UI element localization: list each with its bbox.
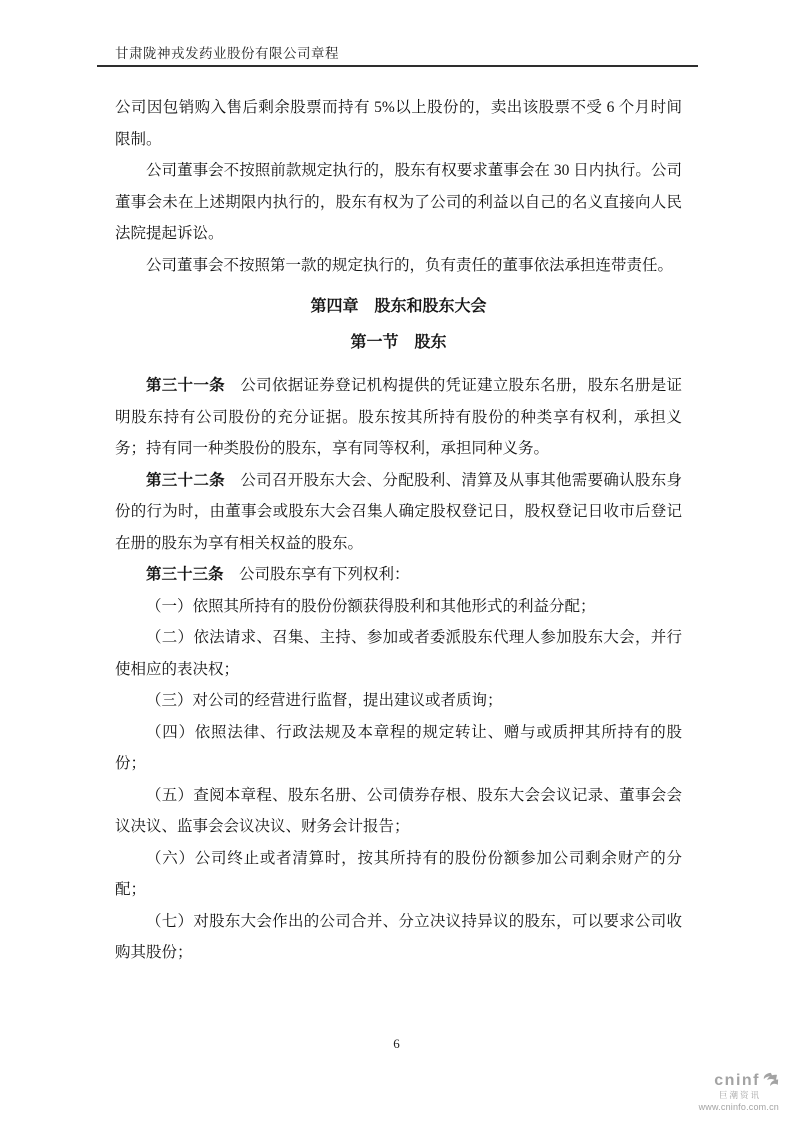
cninfo-brand-cn: 巨潮资讯 bbox=[719, 1091, 761, 1100]
page-number: 6 bbox=[0, 1036, 793, 1052]
list-item: （二）依法请求、召集、主持、参加或者委派股东代理人参加股东大会，并行使相应的表决… bbox=[115, 622, 682, 685]
article-number: 第三十三条 bbox=[146, 566, 224, 583]
document-header-title: 甘肃陇神戎发药业股份有限公司章程 bbox=[115, 42, 339, 62]
paragraph: 公司董事会不按照第一款的规定执行的，负有责任的董事依法承担连带责任。 bbox=[115, 250, 682, 282]
paragraph: 公司董事会不按照前款规定执行的，股东有权要求董事会在 30 日内执行。公司董事会… bbox=[115, 155, 682, 250]
list-item: （三）对公司的经营进行监督，提出建议或者质询； bbox=[115, 685, 682, 717]
cninfo-url: www.cninfo.com.cn bbox=[699, 1103, 779, 1112]
list-item: （七）对股东大会作出的公司合并、分立决议持异议的股东，可以要求公司收购其股份； bbox=[115, 906, 682, 969]
section-heading: 第一节 股东 bbox=[115, 327, 682, 359]
header-rule bbox=[97, 65, 698, 67]
article-text: 公司股东享有下列权利： bbox=[239, 566, 410, 583]
list-item: （六）公司终止或者清算时，按其所持有的股份份额参加公司剩余财产的分配； bbox=[115, 843, 682, 906]
cninfo-watermark: cninf 巨潮资讯 www.cninfo.com.cn bbox=[699, 1072, 779, 1112]
article-paragraph: 第三十一条公司依据证券登记机构提供的凭证建立股东名册，股东名册是证明股东持有公司… bbox=[115, 370, 682, 465]
article-paragraph: 第三十三条公司股东享有下列权利： bbox=[115, 559, 682, 591]
list-item: （五）查阅本章程、股东名册、公司债券存根、股东大会会议记录、董事会会议决议、监事… bbox=[115, 780, 682, 843]
list-item: （四）依照法律、行政法规及本章程的规定转让、赠与或质押其所持有的股份； bbox=[115, 717, 682, 780]
document-page: 甘肃陇神戎发药业股份有限公司章程 公司因包销购入售后剩余股票而持有 5%以上股份… bbox=[0, 0, 793, 1122]
list-item: （一）依照其所持有的股份份额获得股利和其他形式的利益分配； bbox=[115, 591, 682, 623]
document-body: 公司因包销购入售后剩余股票而持有 5%以上股份的，卖出该股票不受 6 个月时间限… bbox=[115, 92, 682, 969]
cninfo-swirl-icon bbox=[762, 1072, 779, 1089]
article-number: 第三十二条 bbox=[146, 472, 225, 489]
article-paragraph: 第三十二条公司召开股东大会、分配股利、清算及从事其他需要确认股东身份的行为时，由… bbox=[115, 465, 682, 560]
paragraph: 公司因包销购入售后剩余股票而持有 5%以上股份的，卖出该股票不受 6 个月时间限… bbox=[115, 92, 682, 155]
cninfo-logo-text: cninf bbox=[714, 1073, 760, 1089]
article-number: 第三十一条 bbox=[146, 377, 225, 394]
cninfo-logo-row: cninf bbox=[714, 1072, 779, 1089]
chapter-heading: 第四章 股东和股东大会 bbox=[115, 291, 682, 323]
